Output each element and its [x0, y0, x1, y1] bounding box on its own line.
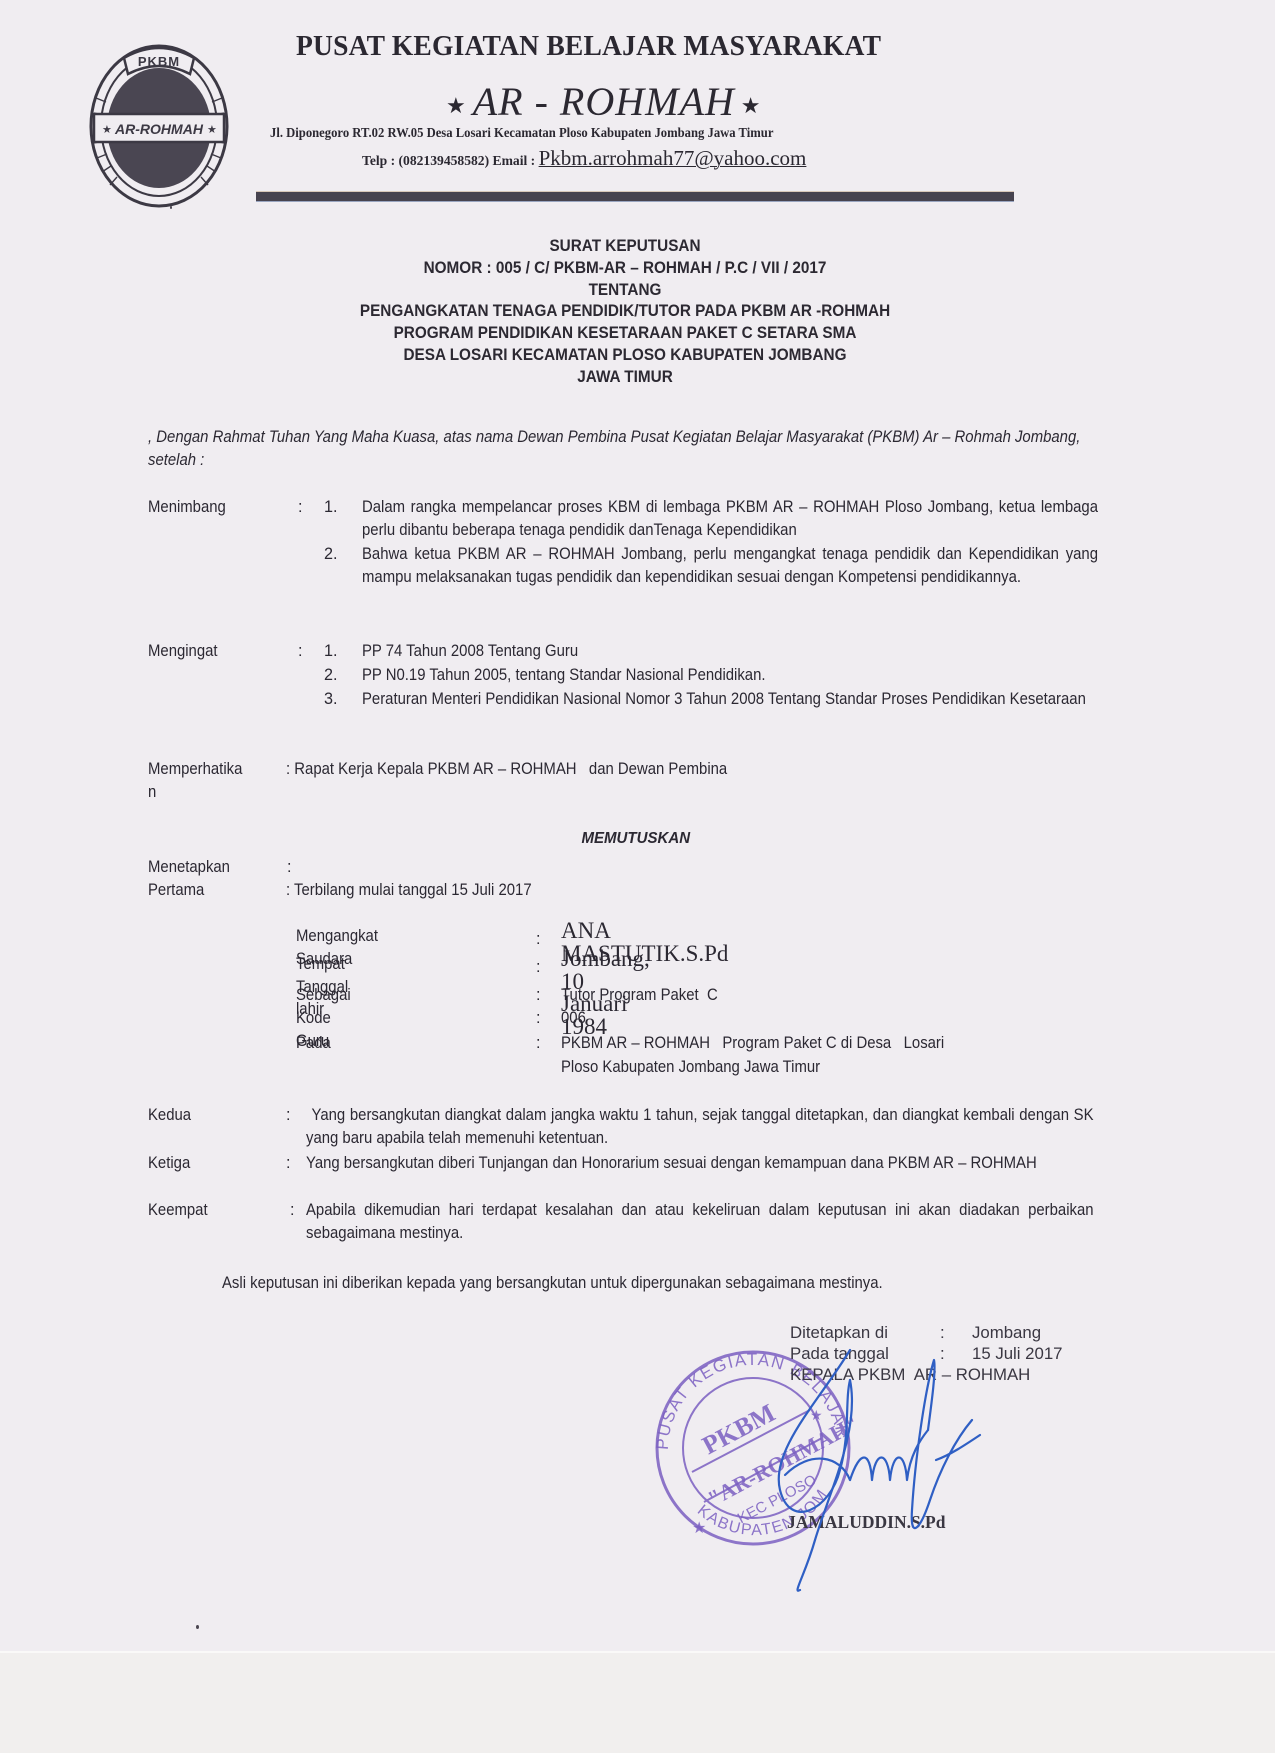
- decision-heading-text: MEMUTUSKAN: [581, 828, 690, 851]
- teacher-code: 006: [561, 1007, 586, 1030]
- clause-label: Kedua: [148, 1104, 191, 1127]
- clause-text: Yang bersangkutan diberi Tunjangan dan H…: [306, 1152, 1094, 1175]
- organization-name-text: AR - ROHMAH: [473, 79, 735, 124]
- svg-text:★: ★: [102, 124, 112, 136]
- list-item-text: PP N0.19 Tahun 2005, tentang Standar Nas…: [362, 664, 1098, 687]
- star-icon: ★: [741, 93, 762, 118]
- clause-label: Ketiga: [148, 1152, 190, 1175]
- section-label: Mengingat: [148, 640, 218, 663]
- colon: :: [536, 928, 541, 951]
- clause-kedua-text: Yang bersangkutan diangkat dalam jangka …: [306, 1104, 1094, 1149]
- clause-label: Keempat: [148, 1199, 208, 1222]
- item-number: 2.: [324, 664, 338, 687]
- colon: :: [536, 984, 541, 1007]
- svg-text:★: ★: [207, 124, 217, 136]
- phone-label: Telp : (082139458582) Email :: [362, 153, 539, 168]
- section-text: : Terbilang mulai tanggal 15 Juli 2017: [286, 879, 532, 902]
- clause-keempat-text: Apabila dikemudian hari terdapat kesalah…: [306, 1199, 1094, 1244]
- scanner-bed-margin: [0, 1651, 1275, 1753]
- colon: :: [536, 1007, 541, 1030]
- organization-address: Jl. Diponegoro RT.02 RW.05 Desa Losari K…: [270, 125, 773, 141]
- item-number: 2.: [324, 543, 338, 566]
- svg-text:AR-ROHMAH: AR-ROHMAH: [114, 121, 204, 137]
- item-number: 1.: [324, 496, 338, 519]
- clause-text: Apabila dikemudian hari terdapat kesalah…: [306, 1199, 1094, 1244]
- section-label: Menetapkan: [148, 856, 230, 879]
- list-item: PP N0.19 Tahun 2005, tentang Standar Nas…: [362, 664, 1097, 687]
- clause-ketiga-text: Yang bersangkutan diberi Tunjangan dan H…: [306, 1152, 1094, 1175]
- document-number: NOMOR : 005 / C/ PKBM-AR – ROHMAH / P.C …: [226, 258, 1025, 280]
- closing-text: Asli keputusan ini diberikan kepada yang…: [222, 1272, 883, 1295]
- colon: :: [536, 1032, 541, 1055]
- colon: :: [290, 1199, 295, 1222]
- list-item: Peraturan Menteri Pendidikan Nasional No…: [362, 688, 1097, 711]
- item-number: 3.: [324, 688, 338, 711]
- clause-text: Yang bersangkutan diangkat dalam jangka …: [306, 1104, 1094, 1149]
- handwritten-signature-icon: [700, 1340, 1000, 1600]
- colon: :: [286, 1152, 291, 1175]
- colon: :: [298, 640, 303, 663]
- colon: :: [536, 956, 541, 979]
- letterhead-divider: [256, 191, 1014, 202]
- organization-contact: Telp : (082139458582) Email : Pkbm.arroh…: [362, 146, 806, 171]
- section-label: Menimbang: [148, 496, 226, 519]
- decision-heading: MEMUTUSKAN: [0, 828, 1275, 851]
- heading-line: PENGANGKATAN TENAGA PENDIDIK/TUTOR PADA …: [226, 301, 1025, 323]
- appointee-location: PKBM AR – ROHMAH Program Paket C di Desa…: [561, 1032, 944, 1055]
- list-item-text: Peraturan Menteri Pendidikan Nasional No…: [362, 688, 1098, 711]
- heading-line: PROGRAM PENDIDIKAN KESETARAAN PAKET C SE…: [226, 323, 1025, 345]
- list-item: PP 74 Tahun 2008 Tentang Guru: [362, 640, 1097, 663]
- svg-text:PKBM: PKBM: [138, 54, 180, 69]
- colon: :: [286, 1104, 291, 1127]
- scan-speck: [196, 1625, 199, 1629]
- detail-label: Pada: [296, 1032, 331, 1055]
- list-item: Dalam rangka mempelancar proses KBM di l…: [362, 496, 1097, 541]
- item-number: 1.: [324, 640, 338, 663]
- colon: :: [298, 496, 303, 519]
- colon: :: [287, 856, 292, 879]
- heading-line: SURAT KEPUTUSAN: [226, 236, 1025, 258]
- list-item: Bahwa ketua PKBM AR – ROHMAH Jombang, pe…: [362, 543, 1097, 588]
- heading-line: TENTANG: [226, 280, 1025, 302]
- star-icon: ★: [446, 93, 467, 118]
- document-heading: SURAT KEPUTUSAN NOMOR : 005 / C/ PKBM-AR…: [200, 236, 1050, 389]
- list-item-text: Dalam rangka mempelancar proses KBM di l…: [362, 496, 1098, 541]
- pkbm-emblem-icon: PKBM ★ ★ AR-ROHMAH: [86, 28, 232, 210]
- appointee-location-line2: Ploso Kabupaten Jombang Jawa Timur: [561, 1056, 820, 1079]
- intro-text: , Dengan Rahmat Tuhan Yang Maha Kuasa, a…: [148, 426, 1109, 471]
- list-item-text: Bahwa ketua PKBM AR – ROHMAH Jombang, pe…: [362, 543, 1098, 588]
- organization-title: PUSAT KEGIATAN BELAJAR MASYARAKAT: [296, 30, 942, 63]
- section-text: : Rapat Kerja Kepala PKBM AR – ROHMAH da…: [286, 758, 727, 781]
- organization-name: ★AR - ROHMAH★: [440, 78, 840, 125]
- section-label: Memperhatika: [148, 758, 242, 781]
- appointee-role: Tutor Program Paket C: [561, 984, 718, 1007]
- section-label-wrap: n: [148, 781, 156, 804]
- email-link[interactable]: Pkbm.arrohmah77@yahoo.com: [539, 146, 807, 170]
- detail-label: Sebagai: [296, 984, 351, 1007]
- heading-line: JAWA TIMUR: [226, 367, 1025, 389]
- closing-statement: Asli keputusan ini diberikan kepada yang…: [222, 1272, 940, 1295]
- heading-line: DESA LOSARI KECAMATAN PLOSO KABUPATEN JO…: [226, 345, 1025, 367]
- list-item-text: PP 74 Tahun 2008 Tentang Guru: [362, 640, 1098, 663]
- section-label: Pertama: [148, 879, 204, 902]
- intro-paragraph: , Dengan Rahmat Tuhan Yang Maha Kuasa, a…: [148, 426, 1108, 471]
